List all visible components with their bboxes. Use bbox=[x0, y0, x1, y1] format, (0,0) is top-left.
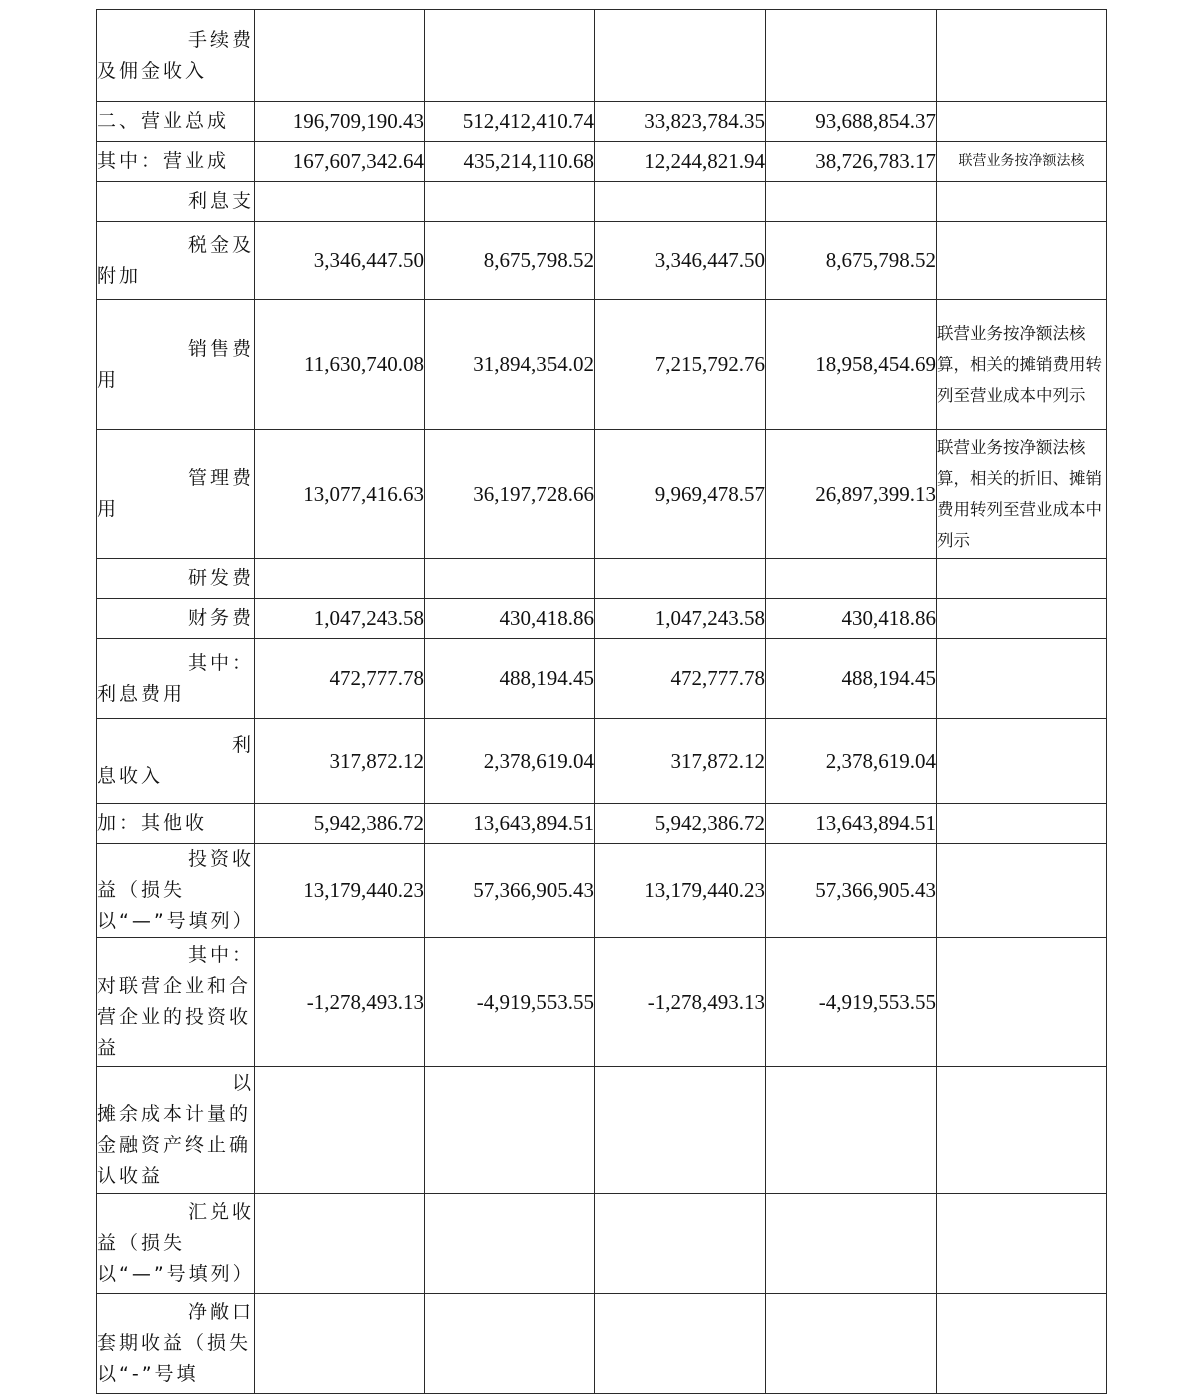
value-cell: 12,244,821.94 bbox=[595, 142, 766, 182]
note-cell: 联营业务按净额法核算，相关的摊销费用转列至营业成本中列示 bbox=[937, 300, 1107, 430]
row-label-line2: 附加 bbox=[97, 261, 254, 292]
value-cell: 31,894,354.02 bbox=[425, 300, 595, 430]
table-row: 汇兑收益（损失以“—”号填列） bbox=[97, 1194, 1107, 1294]
row-label-line1: 销售费 bbox=[97, 334, 254, 365]
row-label-line2: 加：其他收 bbox=[97, 808, 254, 839]
value-cell bbox=[766, 1294, 937, 1394]
value-cell: 317,872.12 bbox=[595, 719, 766, 804]
note-cell bbox=[937, 559, 1107, 599]
value-cell bbox=[595, 559, 766, 599]
value-cell bbox=[255, 1067, 425, 1194]
row-label-line2: 对联营企业和合营企业的投资收益 bbox=[97, 971, 254, 1064]
value-cell: 13,643,894.51 bbox=[766, 804, 937, 844]
value-cell: 430,418.86 bbox=[425, 599, 595, 639]
row-label-line2: 摊余成本计量的金融资产终止确认收益 bbox=[97, 1099, 254, 1192]
row-label: 二、营业总成 bbox=[97, 102, 255, 142]
value-cell: 7,215,792.76 bbox=[595, 300, 766, 430]
value-cell bbox=[766, 182, 937, 222]
value-cell bbox=[255, 1194, 425, 1294]
note-cell bbox=[937, 938, 1107, 1067]
value-cell: 512,412,410.74 bbox=[425, 102, 595, 142]
value-cell: 488,194.45 bbox=[766, 639, 937, 719]
value-cell: 196,709,190.43 bbox=[255, 102, 425, 142]
row-label-line2: 其中：营业成 bbox=[97, 146, 254, 177]
row-label-line2: 及佣金收入 bbox=[97, 56, 254, 87]
table-row: 其中：对联营企业和合营企业的投资收益-1,278,493.13-4,919,55… bbox=[97, 938, 1107, 1067]
value-cell bbox=[425, 1294, 595, 1394]
value-cell: 472,777.78 bbox=[595, 639, 766, 719]
value-cell: -4,919,553.55 bbox=[766, 938, 937, 1067]
value-cell: 3,346,447.50 bbox=[255, 222, 425, 300]
row-label: 销售费用 bbox=[97, 300, 255, 430]
value-cell bbox=[255, 1294, 425, 1394]
value-cell: 93,688,854.37 bbox=[766, 102, 937, 142]
note-cell bbox=[937, 1194, 1107, 1294]
value-cell bbox=[766, 10, 937, 102]
table-row: 二、营业总成196,709,190.43512,412,410.7433,823… bbox=[97, 102, 1107, 142]
value-cell: 5,942,386.72 bbox=[255, 804, 425, 844]
row-label: 手续费及佣金收入 bbox=[97, 10, 255, 102]
row-label-line1: 税金及 bbox=[97, 230, 254, 261]
value-cell: 472,777.78 bbox=[255, 639, 425, 719]
table-row: 管理费用13,077,416.6336,197,728.669,969,478.… bbox=[97, 430, 1107, 559]
table-row: 其中：利息费用472,777.78488,194.45472,777.78488… bbox=[97, 639, 1107, 719]
value-cell: 1,047,243.58 bbox=[255, 599, 425, 639]
table-row: 利息收入317,872.122,378,619.04317,872.122,37… bbox=[97, 719, 1107, 804]
row-label-line1: 其中： bbox=[97, 648, 254, 679]
value-cell bbox=[255, 559, 425, 599]
note-cell bbox=[937, 639, 1107, 719]
row-label: 投资收益（损失以“—”号填列） bbox=[97, 844, 255, 938]
note-cell bbox=[937, 599, 1107, 639]
row-label: 税金及附加 bbox=[97, 222, 255, 300]
row-label-line2: 益（损失以“—”号填列） bbox=[97, 1228, 254, 1290]
value-cell bbox=[255, 10, 425, 102]
table-row: 加：其他收5,942,386.7213,643,894.515,942,386.… bbox=[97, 804, 1107, 844]
value-cell bbox=[766, 1067, 937, 1194]
row-label-line1: 研发费 bbox=[97, 563, 254, 594]
row-label-line1: 利息支 bbox=[97, 186, 254, 217]
table-row: 研发费 bbox=[97, 559, 1107, 599]
value-cell bbox=[766, 559, 937, 599]
value-cell: 488,194.45 bbox=[425, 639, 595, 719]
value-cell: 1,047,243.58 bbox=[595, 599, 766, 639]
value-cell bbox=[595, 1067, 766, 1194]
row-label-line2: 套期收益（损失以“-”号填 bbox=[97, 1328, 254, 1390]
note-cell bbox=[937, 222, 1107, 300]
row-label-line2: 用 bbox=[97, 494, 254, 525]
row-label-line1: 其中： bbox=[97, 940, 254, 971]
row-label-line2: 二、营业总成 bbox=[97, 106, 254, 137]
value-cell: 57,366,905.43 bbox=[425, 844, 595, 938]
row-label-line1: 净敞口 bbox=[97, 1297, 254, 1328]
value-cell: 430,418.86 bbox=[766, 599, 937, 639]
value-cell bbox=[425, 559, 595, 599]
value-cell: 5,942,386.72 bbox=[595, 804, 766, 844]
note-cell bbox=[937, 1067, 1107, 1194]
value-cell: 13,643,894.51 bbox=[425, 804, 595, 844]
row-label: 研发费 bbox=[97, 559, 255, 599]
row-label-line1: 汇兑收 bbox=[97, 1197, 254, 1228]
value-cell: 8,675,798.52 bbox=[766, 222, 937, 300]
value-cell: 26,897,399.13 bbox=[766, 430, 937, 559]
value-cell bbox=[595, 1294, 766, 1394]
value-cell: 36,197,728.66 bbox=[425, 430, 595, 559]
row-label: 以摊余成本计量的金融资产终止确认收益 bbox=[97, 1067, 255, 1194]
row-label-line1: 以 bbox=[97, 1068, 254, 1099]
value-cell: -4,919,553.55 bbox=[425, 938, 595, 1067]
value-cell: 2,378,619.04 bbox=[425, 719, 595, 804]
value-cell bbox=[425, 1194, 595, 1294]
note-cell bbox=[937, 1294, 1107, 1394]
value-cell: 18,958,454.69 bbox=[766, 300, 937, 430]
note-cell bbox=[937, 804, 1107, 844]
row-label-line2: 用 bbox=[97, 365, 254, 396]
row-label-line1: 手续费 bbox=[97, 25, 254, 56]
table-row: 销售费用11,630,740.0831,894,354.027,215,792.… bbox=[97, 300, 1107, 430]
value-cell: 8,675,798.52 bbox=[425, 222, 595, 300]
value-cell: 13,179,440.23 bbox=[595, 844, 766, 938]
table-body: 手续费及佣金收入二、营业总成196,709,190.43512,412,410.… bbox=[97, 10, 1107, 1394]
value-cell bbox=[425, 182, 595, 222]
value-cell bbox=[425, 10, 595, 102]
row-label-line2: 息收入 bbox=[97, 761, 254, 792]
value-cell: 57,366,905.43 bbox=[766, 844, 937, 938]
value-cell: 9,969,478.57 bbox=[595, 430, 766, 559]
table-row: 税金及附加3,346,447.508,675,798.523,346,447.5… bbox=[97, 222, 1107, 300]
table-row: 其中：营业成167,607,342.64435,214,110.6812,244… bbox=[97, 142, 1107, 182]
value-cell: -1,278,493.13 bbox=[255, 938, 425, 1067]
row-label-line1: 利 bbox=[97, 730, 254, 761]
note-cell bbox=[937, 102, 1107, 142]
value-cell: 3,346,447.50 bbox=[595, 222, 766, 300]
row-label-line1: 财务费 bbox=[97, 603, 254, 634]
row-label-line2: 利息费用 bbox=[97, 679, 254, 710]
row-label: 管理费用 bbox=[97, 430, 255, 559]
table-row: 以摊余成本计量的金融资产终止确认收益 bbox=[97, 1067, 1107, 1194]
value-cell bbox=[595, 1194, 766, 1294]
value-cell: 11,630,740.08 bbox=[255, 300, 425, 430]
value-cell bbox=[425, 1067, 595, 1194]
row-label: 财务费 bbox=[97, 599, 255, 639]
value-cell: 2,378,619.04 bbox=[766, 719, 937, 804]
income-statement-table: 手续费及佣金收入二、营业总成196,709,190.43512,412,410.… bbox=[96, 9, 1107, 1394]
row-label: 净敞口套期收益（损失以“-”号填 bbox=[97, 1294, 255, 1394]
row-label: 加：其他收 bbox=[97, 804, 255, 844]
table-row: 财务费1,047,243.58430,418.861,047,243.58430… bbox=[97, 599, 1107, 639]
row-label: 其中：利息费用 bbox=[97, 639, 255, 719]
value-cell: -1,278,493.13 bbox=[595, 938, 766, 1067]
row-label: 其中：营业成 bbox=[97, 142, 255, 182]
row-label-line1: 管理费 bbox=[97, 463, 254, 494]
table-row: 投资收益（损失以“—”号填列）13,179,440.2357,366,905.4… bbox=[97, 844, 1107, 938]
row-label: 利息支 bbox=[97, 182, 255, 222]
note-cell bbox=[937, 10, 1107, 102]
value-cell bbox=[255, 182, 425, 222]
note-cell: 联营业务按净额法核 bbox=[937, 142, 1107, 182]
row-label: 汇兑收益（损失以“—”号填列） bbox=[97, 1194, 255, 1294]
row-label: 其中：对联营企业和合营企业的投资收益 bbox=[97, 938, 255, 1067]
row-label-line2: 益（损失以“—”号填列） bbox=[97, 875, 254, 937]
value-cell: 435,214,110.68 bbox=[425, 142, 595, 182]
note-cell: 联营业务按净额法核算，相关的折旧、摊销费用转列至营业成本中列示 bbox=[937, 430, 1107, 559]
value-cell bbox=[766, 1194, 937, 1294]
value-cell: 38,726,783.17 bbox=[766, 142, 937, 182]
value-cell: 317,872.12 bbox=[255, 719, 425, 804]
note-cell bbox=[937, 844, 1107, 938]
note-cell bbox=[937, 182, 1107, 222]
value-cell bbox=[595, 182, 766, 222]
row-label: 利息收入 bbox=[97, 719, 255, 804]
value-cell: 13,179,440.23 bbox=[255, 844, 425, 938]
value-cell: 13,077,416.63 bbox=[255, 430, 425, 559]
value-cell bbox=[595, 10, 766, 102]
value-cell: 167,607,342.64 bbox=[255, 142, 425, 182]
value-cell: 33,823,784.35 bbox=[595, 102, 766, 142]
table-row: 净敞口套期收益（损失以“-”号填 bbox=[97, 1294, 1107, 1394]
table-row: 利息支 bbox=[97, 182, 1107, 222]
table-row: 手续费及佣金收入 bbox=[97, 10, 1107, 102]
row-label-line1: 投资收 bbox=[97, 844, 254, 875]
note-cell bbox=[937, 719, 1107, 804]
